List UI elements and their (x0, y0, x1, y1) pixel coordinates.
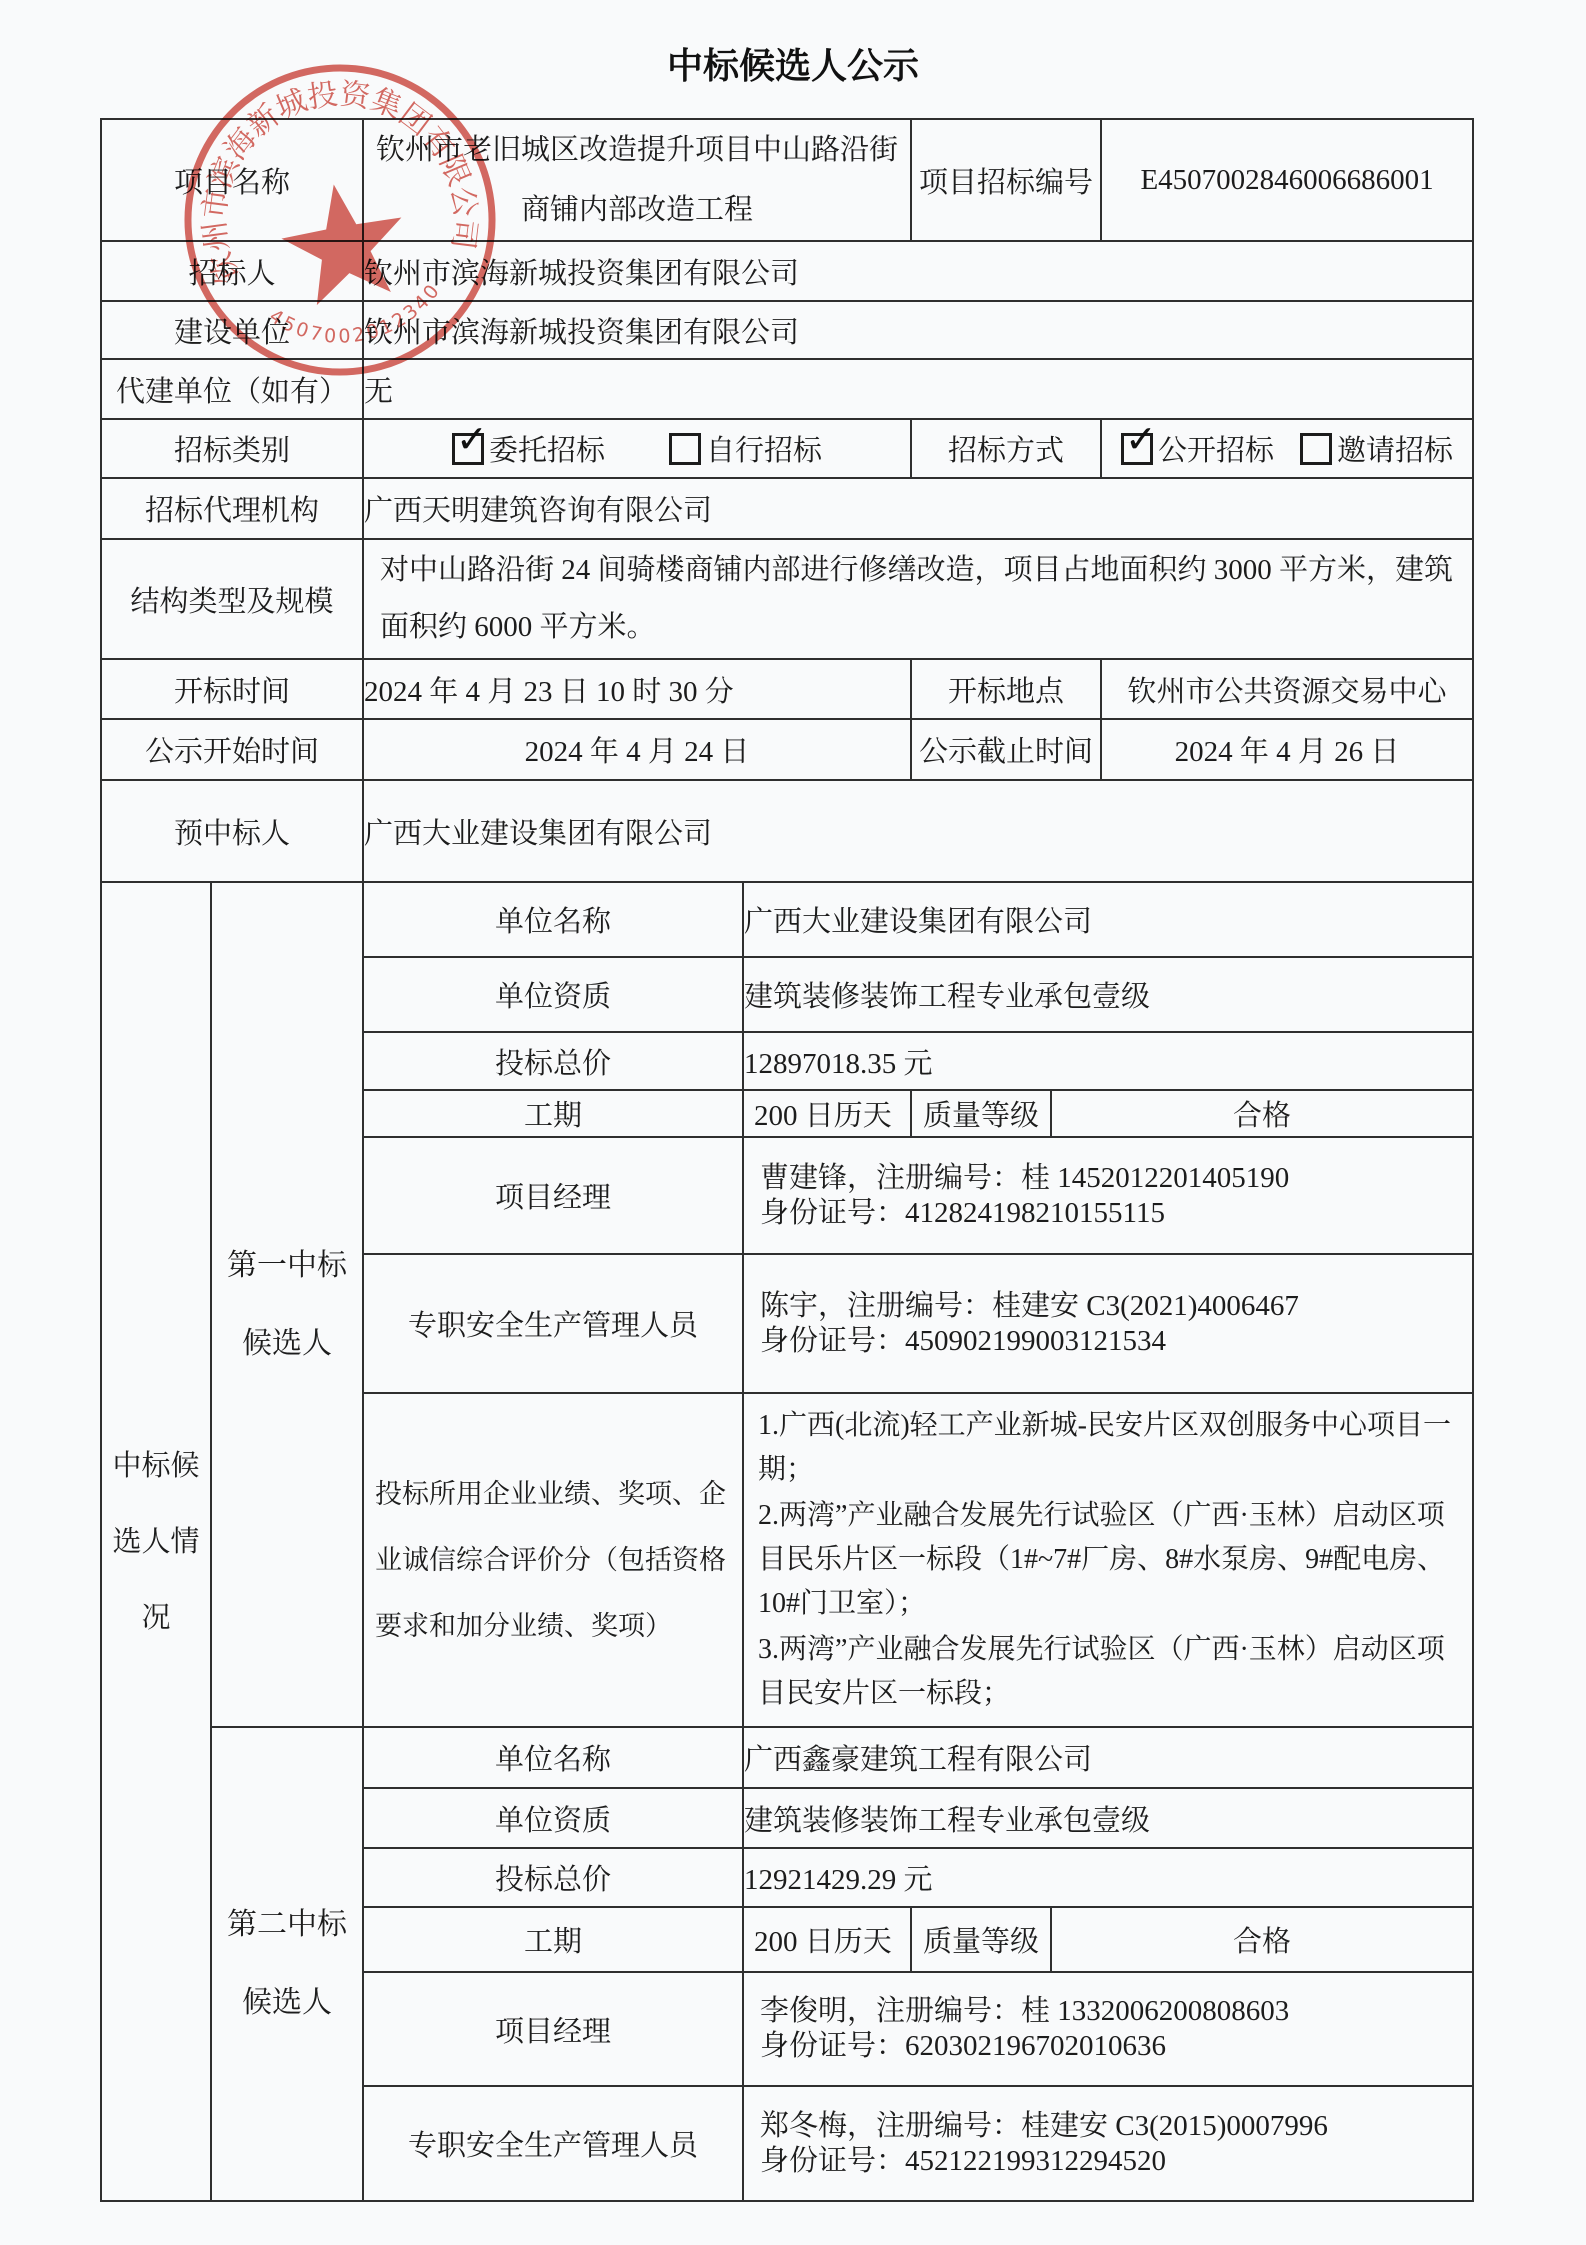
project-name-value: 钦州市老旧城区改造提升项目中山路沿街商铺内部改造工程 (363, 119, 911, 241)
document-page: 中标候选人公示 项目名称 钦州市老旧城区改造提升项目中山路沿街商铺内部改造工程 … (0, 0, 1586, 2245)
table-row: 招标类别 ✓ 委托招标 自行招标 招标方式 ✓ (101, 419, 1473, 478)
structure-label: 结构类型及规模 (101, 539, 363, 659)
checkbox-checked-icon: ✓ (452, 433, 484, 465)
agency-label: 招标代理机构 (101, 478, 363, 539)
tender-method-label: 招标方式 (911, 419, 1101, 478)
duration-value: 200 日历天 (743, 1907, 911, 1972)
bid-price-label: 投标总价 (363, 1032, 743, 1090)
performance-value: 1.广西(北流)轻工产业新城-民安片区双创服务中心项目一期； 2.两湾”产业融合… (743, 1393, 1473, 1727)
manager-id-number: 身份证号：412824198210155115 (760, 1196, 1472, 1231)
unit-qualification-value: 建筑装修装饰工程专业承包壹级 (743, 957, 1473, 1032)
table-row: 代建单位（如有） 无 (101, 359, 1473, 419)
duration-label: 工期 (363, 1090, 743, 1137)
safety-id-number: 身份证号：452122199312294520 (760, 2144, 1472, 2179)
unit-name-value: 广西大业建设集团有限公司 (743, 882, 1473, 957)
safety-officer-label: 专职安全生产管理人员 (363, 1254, 743, 1393)
quality-grade-value: 合格 (1051, 1090, 1473, 1137)
bid-open-place-value: 钦州市公共资源交易中心 (1101, 659, 1473, 719)
bid-open-time-label: 开标时间 (101, 659, 363, 719)
publicity-end-value: 2024 年 4 月 26 日 (1101, 719, 1473, 780)
table-row: 中标候选人情况 第一中标候选人 单位名称 广西大业建设集团有限公司 (101, 882, 1473, 957)
table-row: 公示开始时间 2024 年 4 月 24 日 公示截止时间 2024 年 4 月… (101, 719, 1473, 780)
publicity-end-label: 公示截止时间 (911, 719, 1101, 780)
unit-name-label: 单位名称 (363, 1727, 743, 1788)
builder-value: 钦州市滨海新城投资集团有限公司 (363, 301, 1473, 359)
publicity-start-value: 2024 年 4 月 24 日 (363, 719, 911, 780)
pre-winner-value: 广西大业建设集团有限公司 (363, 780, 1473, 882)
proxy-builder-value: 无 (363, 359, 1473, 419)
page-title: 中标候选人公示 (0, 38, 1586, 89)
tenderer-value: 钦州市滨海新城投资集团有限公司 (363, 241, 1473, 301)
project-manager-label: 项目经理 (363, 1137, 743, 1254)
quality-grade-label: 质量等级 (911, 1090, 1051, 1137)
unit-qualification-label: 单位资质 (363, 1788, 743, 1848)
option-self-tender: 自行招标 (669, 428, 822, 469)
quality-grade-value: 合格 (1051, 1907, 1473, 1972)
manager-registration: 李俊明，注册编号：桂 1332006200808603 (760, 1994, 1472, 2029)
agency-value: 广西天明建筑咨询有限公司 (363, 478, 1473, 539)
safety-registration: 郑冬梅，注册编号：桂建安 C3(2015)0007996 (760, 2109, 1472, 2144)
unit-name-value: 广西鑫豪建筑工程有限公司 (743, 1727, 1473, 1788)
project-name-label: 项目名称 (101, 119, 363, 241)
safety-registration: 陈宇，注册编号：桂建安 C3(2021)4006467 (760, 1289, 1472, 1324)
manager-registration: 曹建锋，注册编号：桂 1452012201405190 (760, 1161, 1472, 1196)
safety-id-number: 身份证号：450902199003121534 (760, 1324, 1472, 1359)
candidate-2-title: 第二中标候选人 (211, 1727, 363, 2201)
bid-open-time-value: 2024 年 4 月 23 日 10 时 30 分 (363, 659, 911, 719)
table-row: 招标人 钦州市滨海新城投资集团有限公司 (101, 241, 1473, 301)
table-row: 招标代理机构 广西天明建筑咨询有限公司 (101, 478, 1473, 539)
announcement-table: 项目名称 钦州市老旧城区改造提升项目中山路沿街商铺内部改造工程 项目招标编号 E… (100, 118, 1474, 2202)
bid-price-value: 12897018.35 元 (743, 1032, 1473, 1090)
performance-item: 1.广西(北流)轻工产业新城-民安片区双创服务中心项目一期； (758, 1404, 1462, 1492)
proxy-builder-label: 代建单位（如有） (101, 359, 363, 419)
table-row: 预中标人 广西大业建设集团有限公司 (101, 780, 1473, 882)
quality-grade-label: 质量等级 (911, 1907, 1051, 1972)
candidates-section-label: 中标候选人情况 (101, 882, 211, 2201)
bid-open-place-label: 开标地点 (911, 659, 1101, 719)
tender-category-value: ✓ 委托招标 自行招标 (363, 419, 911, 478)
safety-officer-label: 专职安全生产管理人员 (363, 2086, 743, 2201)
project-manager-value: 曹建锋，注册编号：桂 1452012201405190 身份证号：4128241… (743, 1137, 1473, 1254)
safety-officer-value: 陈宇，注册编号：桂建安 C3(2021)4006467 身份证号：4509021… (743, 1254, 1473, 1393)
structure-value: 对中山路沿街 24 间骑楼商铺内部进行修缮改造，项目占地面积约 3000 平方米… (363, 539, 1473, 659)
project-manager-label: 项目经理 (363, 1972, 743, 2086)
table-row: 第二中标候选人 单位名称 广西鑫豪建筑工程有限公司 (101, 1727, 1473, 1788)
builder-label: 建设单位 (101, 301, 363, 359)
bid-price-value: 12921429.29 元 (743, 1848, 1473, 1907)
performance-item: 3.两湾”产业融合发展先行试验区（广西·玉林）启动区项目民安片区一标段； (758, 1628, 1462, 1716)
duration-label: 工期 (363, 1907, 743, 1972)
table-row: 项目名称 钦州市老旧城区改造提升项目中山路沿街商铺内部改造工程 项目招标编号 E… (101, 119, 1473, 241)
project-code-label: 项目招标编号 (911, 119, 1101, 241)
performance-label: 投标所用企业业绩、奖项、企业诚信综合评价分（包括资格要求和加分业绩、奖项） (363, 1393, 743, 1727)
project-manager-value: 李俊明，注册编号：桂 1332006200808603 身份证号：6203021… (743, 1972, 1473, 2086)
option-entrusted-tender: ✓ 委托招标 (452, 428, 605, 469)
table-row: 建设单位 钦州市滨海新城投资集团有限公司 (101, 301, 1473, 359)
checkbox-unchecked-icon (669, 433, 701, 465)
duration-value: 200 日历天 (743, 1090, 911, 1137)
table-row: 开标时间 2024 年 4 月 23 日 10 时 30 分 开标地点 钦州市公… (101, 659, 1473, 719)
tender-method-value: ✓ 公开招标 邀请招标 (1101, 419, 1473, 478)
candidate-1-title: 第一中标候选人 (211, 882, 363, 1727)
pre-winner-label: 预中标人 (101, 780, 363, 882)
unit-qualification-label: 单位资质 (363, 957, 743, 1032)
manager-id-number: 身份证号：620302196702010636 (760, 2029, 1472, 2064)
checkbox-checked-icon: ✓ (1121, 433, 1153, 465)
safety-officer-value: 郑冬梅，注册编号：桂建安 C3(2015)0007996 身份证号：452122… (743, 2086, 1473, 2201)
bid-price-label: 投标总价 (363, 1848, 743, 1907)
unit-qualification-value: 建筑装修装饰工程专业承包壹级 (743, 1788, 1473, 1848)
project-code-value: E4507002846006686001 (1101, 119, 1473, 241)
tender-category-label: 招标类别 (101, 419, 363, 478)
option-invited-tender: 邀请招标 (1300, 428, 1453, 469)
checkbox-unchecked-icon (1300, 433, 1332, 465)
option-open-tender: ✓ 公开招标 (1121, 428, 1274, 469)
unit-name-label: 单位名称 (363, 882, 743, 957)
publicity-start-label: 公示开始时间 (101, 719, 363, 780)
table-row: 结构类型及规模 对中山路沿街 24 间骑楼商铺内部进行修缮改造，项目占地面积约 … (101, 539, 1473, 659)
tenderer-label: 招标人 (101, 241, 363, 301)
performance-item: 2.两湾”产业融合发展先行试验区（广西·玉林）启动区项目民乐片区一标段（1#~7… (758, 1494, 1462, 1626)
